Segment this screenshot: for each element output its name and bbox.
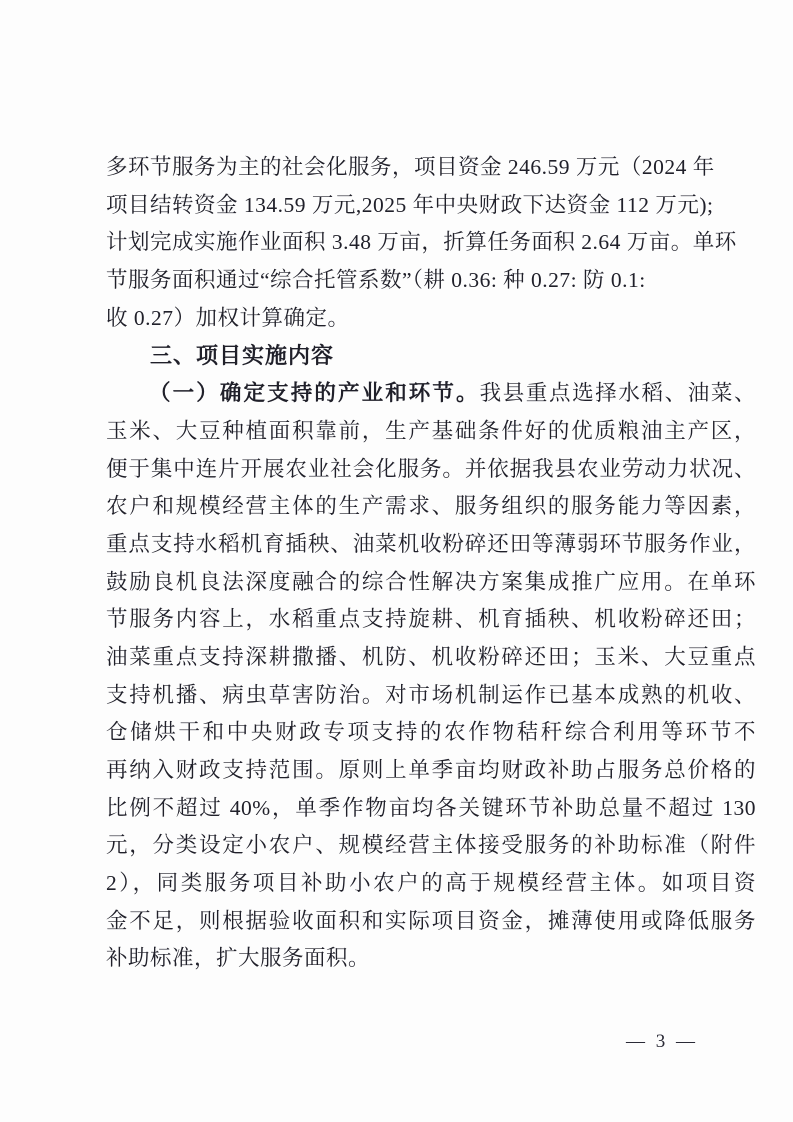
text-line-22: 补助标准，扩大服务面积。	[106, 940, 756, 978]
text-line-13: 节服务内容上，水稻重点支持旋耕、机育插秧、机收粉碎还田；	[106, 601, 756, 639]
text-line-11: 重点支持水稻机育插秧、油菜机收粉碎还田等薄弱环节服务作业，	[106, 526, 756, 564]
text-line-7: （一）确定支持的产业和环节。我县重点选择水稻、油菜、	[106, 375, 756, 413]
text-line-2: 项目结转资金 134.59 万元,2025 年中央财政下达资金 112 万元);	[106, 187, 756, 225]
text-line-12: 鼓励良机良法深度融合的综合性解决方案集成推广应用。在单环	[106, 564, 756, 602]
paragraph-lead-bold: （一）确定支持的产业和环节。	[149, 381, 480, 405]
text-line-16: 仓储烘干和中央财政专项支持的农作物秸秆综合利用等环节不	[106, 714, 756, 752]
document-page: 多环节服务为主的社会化服务，项目资金 246.59 万元（2024 年项目结转资…	[0, 0, 793, 1122]
text-line-10: 农户和规模经营主体的生产需求、服务组织的服务能力等因素，	[106, 488, 756, 526]
text-line-6: 三、项目实施内容	[106, 337, 756, 375]
body-text: 多环节服务为主的社会化服务，项目资金 246.59 万元（2024 年项目结转资…	[106, 149, 756, 978]
text-line-5: 收 0.27）加权计算确定。	[106, 300, 756, 338]
text-line-3: 计划完成实施作业面积 3.48 万亩，折算任务面积 2.64 万亩。单环	[106, 224, 756, 262]
text-line-8: 玉米、大豆种植面积靠前，生产基础条件好的优质粮油主产区，	[106, 413, 756, 451]
text-line-19: 元，分类设定小农户、规模经营主体接受服务的补助标准（附件	[106, 827, 756, 865]
page-number: — 3 —	[626, 1031, 698, 1053]
text-line-4: 节服务面积通过“综合托管系数”（耕 0.36: 种 0.27: 防 0.1:	[106, 262, 756, 300]
text-line-21: 金不足，则根据验收面积和实际项目资金，摊薄使用或降低服务	[106, 903, 756, 941]
text-line-15: 支持机播、病虫草害防治。对市场机制运作已基本成熟的机收、	[106, 677, 756, 715]
text-line-9: 便于集中连片开展农业社会化服务。并依据我县农业劳动力状况、	[106, 451, 756, 489]
text-line-1: 多环节服务为主的社会化服务，项目资金 246.59 万元（2024 年	[106, 149, 756, 187]
text-line-14: 油菜重点支持深耕撒播、机防、机收粉碎还田；玉米、大豆重点	[106, 639, 756, 677]
text-line-20: 2），同类服务项目补助小农户的高于规模经营主体。如项目资	[106, 865, 756, 903]
text-line-17: 再纳入财政支持范围。原则上单季亩均财政补助占服务总价格的	[106, 752, 756, 790]
text-line-18: 比例不超过 40%，单季作物亩均各关键环节补助总量不超过 130	[106, 790, 756, 828]
